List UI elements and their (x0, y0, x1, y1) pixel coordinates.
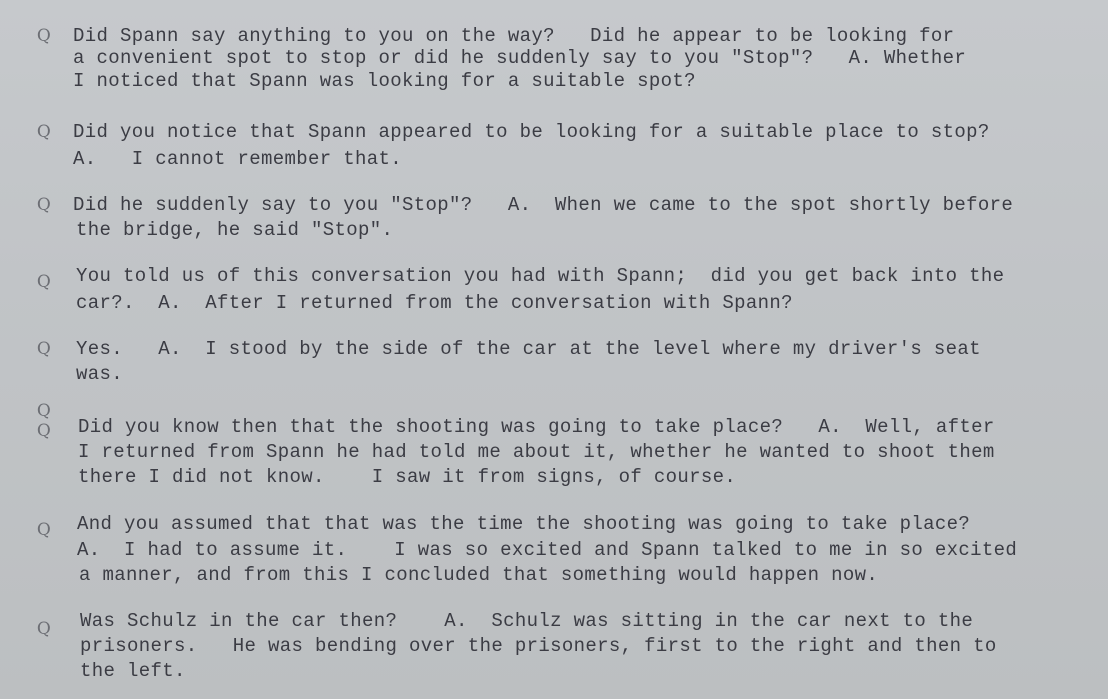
entry-line: was. (76, 362, 123, 386)
entry-line: I noticed that Spann was looking for a s… (73, 69, 696, 93)
entry-line: Did he suddenly say to you "Stop"? A. Wh… (73, 193, 1013, 217)
entry-line: prisoners. He was bending over the priso… (80, 634, 997, 658)
entry-line: the bridge, he said "Stop". (76, 218, 393, 242)
question-marker: Q (36, 421, 52, 441)
entry-line: Was Schulz in the car then? A. Schulz wa… (80, 609, 973, 633)
entry-line: the left. (80, 659, 186, 683)
entry-line: there I did not know. I saw it from sign… (78, 465, 736, 489)
question-marker: Q (36, 122, 52, 142)
entry-line: car?. A. After I returned from the conve… (76, 291, 793, 315)
question-marker: Q (36, 195, 52, 215)
entry-line: Did you notice that Spann appeared to be… (73, 120, 990, 144)
entry-line: Did you know then that the shooting was … (78, 415, 995, 439)
question-marker: Q (36, 520, 52, 540)
question-marker: Q (36, 339, 52, 359)
entry-line: a manner, and from this I concluded that… (79, 563, 878, 587)
entry-line: A. I cannot remember that. (73, 147, 402, 171)
transcript-page: Q Did Spann say anything to you on the w… (0, 0, 1108, 699)
question-marker: Q (36, 619, 52, 639)
question-marker: Q (36, 272, 52, 292)
entry-line: A. I had to assume it. I was so excited … (77, 538, 1017, 562)
entry-line: And you assumed that that was the time t… (77, 512, 970, 536)
question-marker-extra: Q (36, 401, 52, 421)
question-marker: Q (36, 26, 52, 46)
entry-line: Yes. A. I stood by the side of the car a… (76, 337, 981, 361)
entry-line: I returned from Spann he had told me abo… (78, 440, 995, 464)
entry-line: You told us of this conversation you had… (76, 264, 1004, 288)
entry-line: Did Spann say anything to you on the way… (73, 24, 954, 48)
entry-line: a convenient spot to stop or did he sudd… (73, 46, 966, 70)
